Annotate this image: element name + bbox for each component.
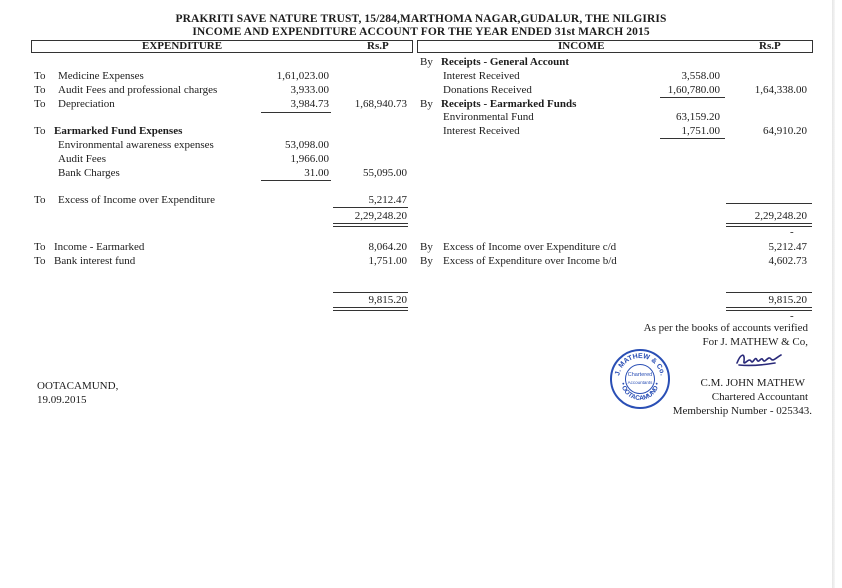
place-text: OOTACAMUND, — [37, 380, 118, 392]
dash-mark: - — [790, 310, 794, 322]
income-group-label: Receipts - Earmarked Funds — [441, 98, 576, 110]
verification-text: As per the books of accounts verified — [644, 322, 808, 334]
total-rule — [726, 292, 812, 293]
expenditure-label: Bank interest fund — [54, 255, 135, 267]
date-text: 19.09.2015 — [37, 394, 87, 406]
expenditure-sub-amount: 53,098.00 — [285, 139, 329, 151]
second-total-double-rule — [726, 307, 812, 311]
expenditure-heading: EXPENDITURE — [142, 40, 222, 52]
total-rule — [333, 207, 408, 208]
dash-mark: - — [790, 226, 794, 238]
total-rule — [726, 203, 812, 204]
expenditure-total-amount: 1,751.00 — [369, 255, 408, 267]
subtotal-rule — [660, 138, 725, 139]
page-edge-shadow — [832, 0, 835, 588]
grand-total-double-rule — [726, 223, 812, 227]
expenditure-sub-amount: 1,61,023.00 — [277, 70, 329, 82]
stamp-inner-text: Accountants — [626, 379, 654, 387]
income-sub-amount: 1,60,780.00 — [668, 84, 720, 96]
expenditure-total-amount: 55,095.00 — [363, 167, 407, 179]
stamp-inner-text: Chartered — [626, 371, 654, 379]
income-total-amount: 4,602.73 — [769, 255, 808, 267]
subtotal-rule — [261, 112, 331, 113]
expenditure-prefix: To — [34, 98, 45, 110]
expenditure-prefix: To — [34, 70, 45, 82]
income-total-amount: 64,910.20 — [763, 125, 807, 137]
income-grand-total: 2,29,248.20 — [755, 210, 807, 222]
expenditure-total-amount: 5,212.47 — [369, 194, 408, 206]
signatory-name: C.M. JOHN MATHEW — [701, 377, 806, 389]
income-label: Donations Received — [443, 84, 532, 96]
income-header-box: INCOME Rs.P — [417, 40, 813, 53]
signature-mark — [735, 349, 787, 374]
expenditure-amount-heading: Rs.P — [367, 40, 389, 52]
stamp-inner-ring: Chartered Accountants — [625, 364, 655, 394]
income-prefix: By — [420, 241, 433, 253]
income-prefix: By — [420, 98, 433, 110]
expenditure-header-box: EXPENDITURE Rs.P — [31, 40, 413, 53]
expenditure-prefix: To — [34, 125, 45, 137]
membership-number: Membership Number - 025343. — [673, 405, 812, 417]
total-rule — [333, 292, 408, 293]
income-sub-amount: 1,751.00 — [682, 125, 721, 137]
income-group-label: Receipts - General Account — [441, 56, 569, 68]
income-sub-amount: 63,159.20 — [676, 111, 720, 123]
income-label: Excess of Expenditure over Income b/d — [443, 255, 617, 267]
subtotal-rule — [261, 180, 331, 181]
expenditure-sub-amount: 3,984.73 — [291, 98, 330, 110]
expenditure-total-amount: 1,68,940.73 — [355, 98, 407, 110]
income-total-amount: 5,212.47 — [769, 241, 808, 253]
expenditure-label: Medicine Expenses — [58, 70, 144, 82]
income-amount-heading: Rs.P — [759, 40, 781, 52]
subtotal-rule — [660, 97, 725, 98]
account-title-heading: INCOME AND EXPENDITURE ACCOUNT FOR THE Y… — [0, 26, 842, 38]
auditor-stamp: J. MATHEW & Co. • OOTACAMUND • Chartered… — [610, 349, 670, 409]
expenditure-label: Depreciation — [58, 98, 115, 110]
trust-name-heading: PRAKRITI SAVE NATURE TRUST, 15/284,MARTH… — [0, 13, 842, 25]
income-label: Interest Received — [443, 125, 520, 137]
expenditure-prefix: To — [34, 194, 45, 206]
expenditure-sub-amount: 31.00 — [304, 167, 329, 179]
income-label: Environmental Fund — [443, 111, 534, 123]
expenditure-label: Income - Earmarked — [54, 241, 144, 253]
income-second-total: 9,815.20 — [769, 294, 808, 306]
second-total-double-rule — [333, 307, 408, 311]
income-label: Interest Received — [443, 70, 520, 82]
expenditure-prefix: To — [34, 84, 45, 96]
expenditure-group-label: Earmarked Fund Expenses — [54, 125, 182, 137]
income-total-amount: 1,64,338.00 — [755, 84, 807, 96]
income-label: Excess of Income over Expenditure c/d — [443, 241, 616, 253]
expenditure-sub-amount: 3,933.00 — [291, 84, 330, 96]
expenditure-prefix: To — [34, 255, 45, 267]
expenditure-label: Bank Charges — [58, 167, 120, 179]
signatory-designation: Chartered Accountant — [712, 391, 808, 403]
expenditure-sub-amount: 1,966.00 — [291, 153, 330, 165]
income-prefix: By — [420, 56, 433, 68]
income-heading: INCOME — [558, 40, 604, 52]
income-prefix: By — [420, 255, 433, 267]
expenditure-label: Environmental awareness expenses — [58, 139, 214, 151]
grand-total-double-rule — [333, 223, 408, 227]
income-sub-amount: 3,558.00 — [682, 70, 721, 82]
expenditure-label: Excess of Income over Expenditure — [58, 194, 215, 206]
expenditure-second-total: 9,815.20 — [369, 294, 408, 306]
firm-name: For J. MATHEW & Co, — [702, 336, 808, 348]
expenditure-label: Audit Fees and professional charges — [58, 84, 217, 96]
expenditure-total-amount: 8,064.20 — [369, 241, 408, 253]
expenditure-prefix: To — [34, 241, 45, 253]
expenditure-grand-total: 2,29,248.20 — [355, 210, 407, 222]
expenditure-label: Audit Fees — [58, 153, 106, 165]
